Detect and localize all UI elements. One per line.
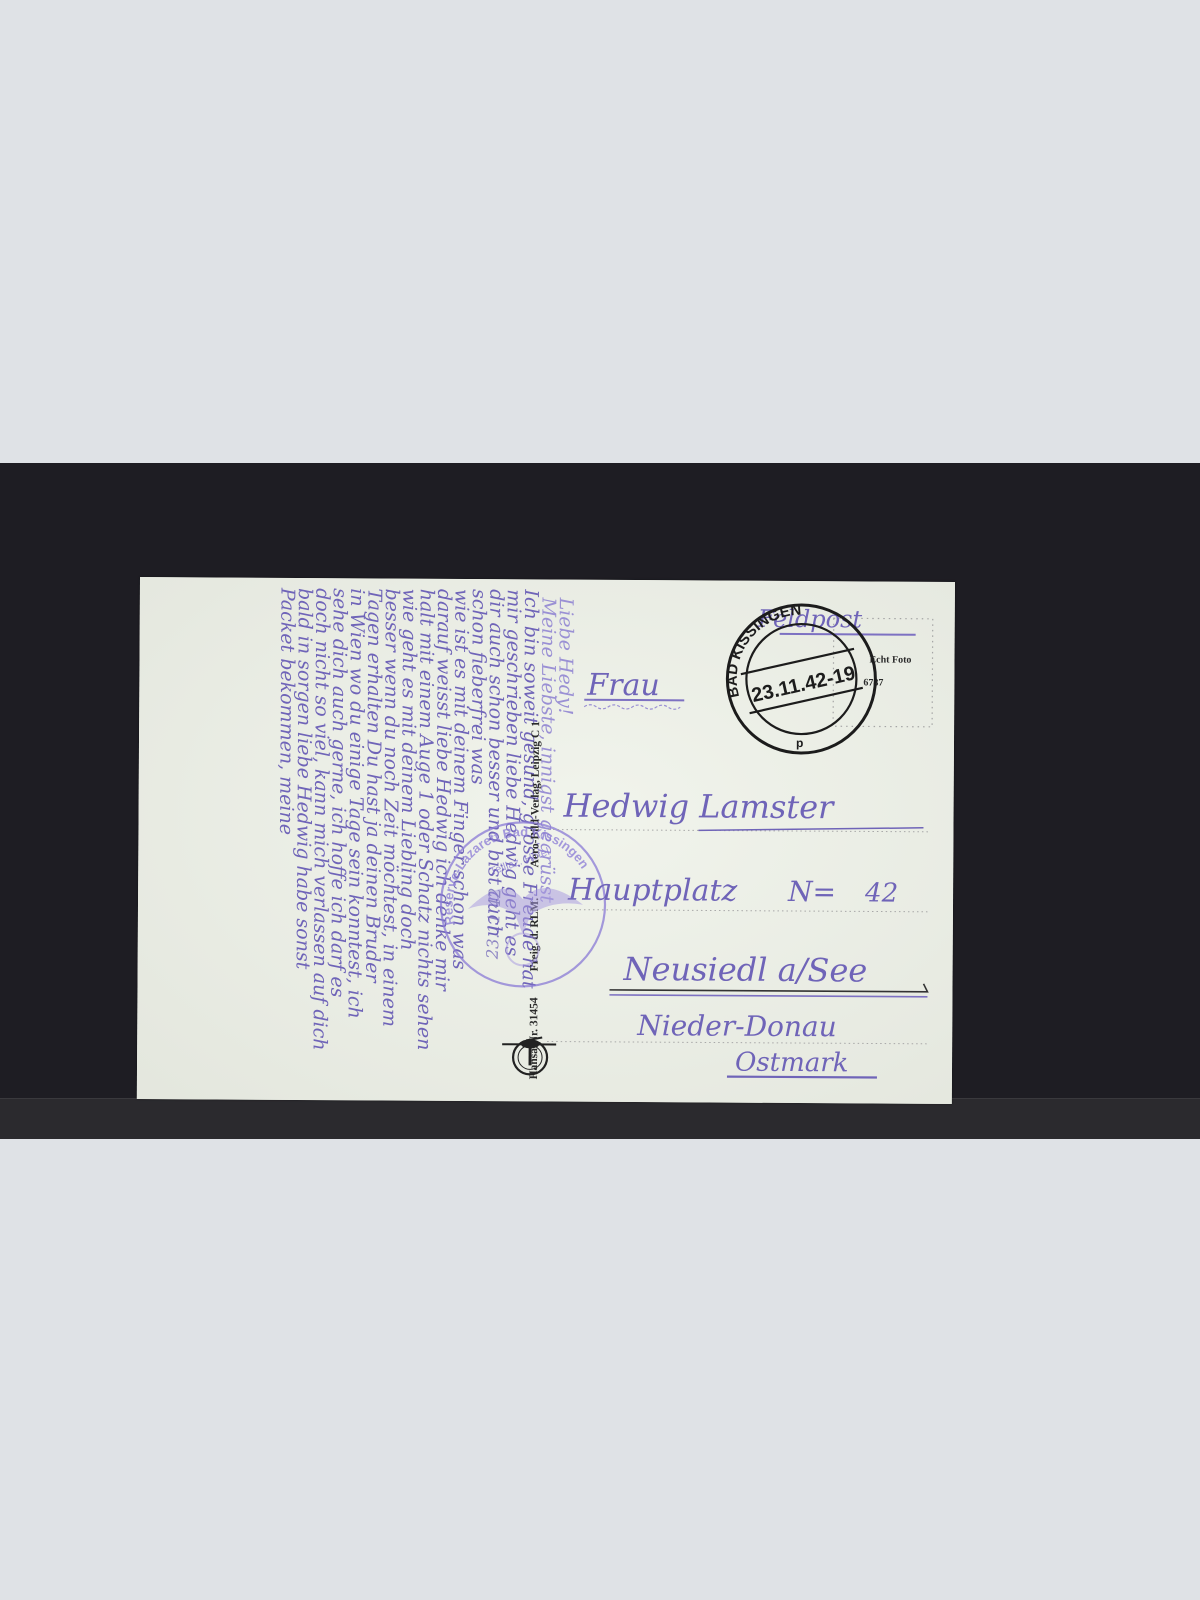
address-number: 42	[864, 878, 898, 908]
stamp-box-label: Echt Foto	[869, 654, 911, 665]
postcard: Liebe Hedy!Meine Liebste, innigst gegrüs…	[137, 577, 955, 1104]
address-salutation: Frau	[586, 668, 660, 703]
address-city: Neusiedl a/See	[622, 950, 867, 989]
censor-handwritten-date: 23.11.42	[483, 887, 505, 960]
address-region: Nieder-Donau	[636, 1009, 837, 1043]
address-number-prefix: N=	[787, 875, 836, 908]
message-line: Packet bekommen, meine	[275, 587, 299, 835]
postmark-code: p	[796, 736, 803, 750]
address-name: Hedwig Lamster	[562, 787, 835, 827]
shelf-edge	[0, 1098, 1200, 1139]
address-country: Ostmark	[735, 1048, 849, 1079]
address-street: Hauptplatz	[567, 873, 738, 909]
stamp-box-number: 6787	[863, 677, 883, 688]
publisher-name: Aero-Bild-Verlag, Leipzig C 1	[529, 721, 542, 868]
